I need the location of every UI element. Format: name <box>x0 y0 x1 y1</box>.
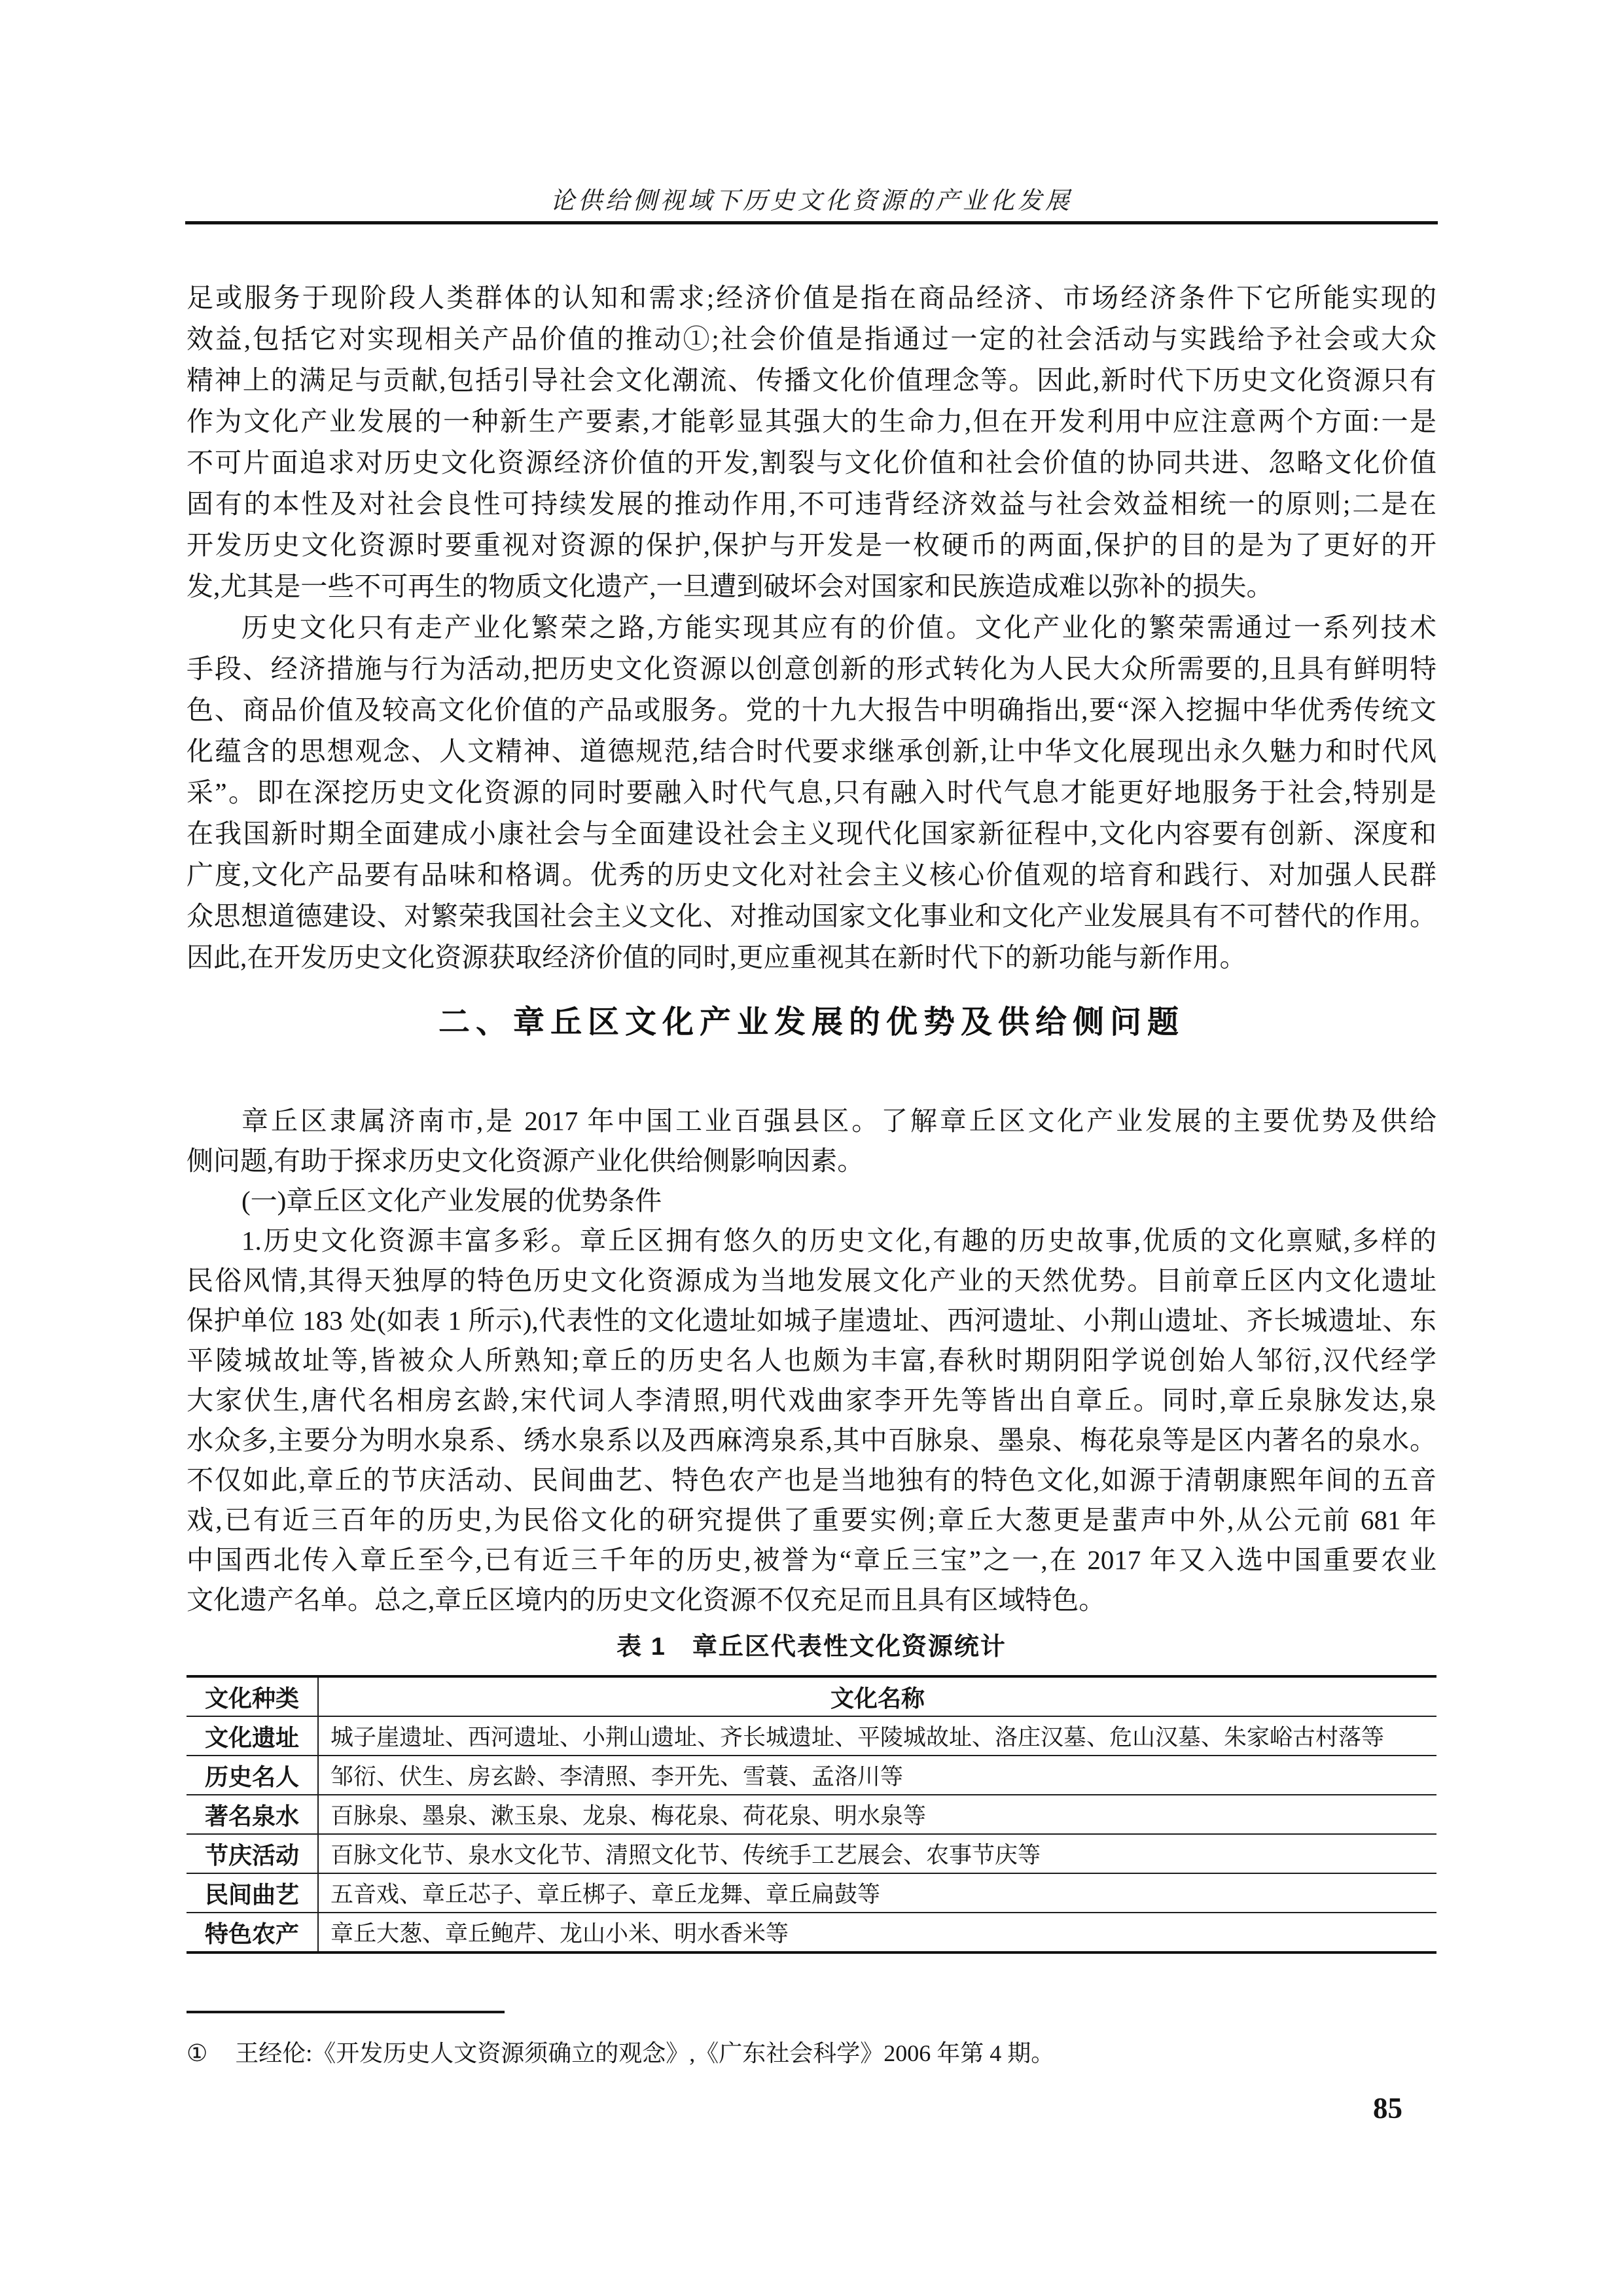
value-cell: 章丘大葱、章丘鲍芹、龙山小米、明水香米等 <box>318 1913 1436 1952</box>
section-heading: 二、章丘区文化产业发展的优势及供给侧问题 <box>187 995 1436 1050</box>
running-head-title: 论供给侧视域下历史文化资源的产业化发展 <box>0 181 1623 216</box>
footnote-separator <box>187 2011 505 2013</box>
category-cell: 著名泉水 <box>187 1795 318 1834</box>
text-line: 侧问题,有助于探求历史文化资源产业化供给侧影响因素。 <box>187 1141 1436 1181</box>
table-caption: 表 1 章丘区代表性文化资源统计 <box>0 1632 1623 1662</box>
value-cell: 城子崖遗址、西河遗址、小荆山遗址、齐长城遗址、平陵城故址、洛庄汉墓、危山汉墓、朱… <box>318 1716 1436 1756</box>
text-line: 精神上的满足与贡献,包括引导社会文化潮流、传播文化价值理念等。因此,新时代下历史… <box>187 360 1436 401</box>
text-line: 众思想道德建设、对繁荣我国社会主义文化、对推动国家文化事业和文化产业发展具有不可… <box>187 896 1436 937</box>
text-line: 平陵城故址等,皆被众人所熟知;章丘的历史名人也颇为丰富,春秋时期阴阳学说创始人邹… <box>187 1341 1436 1381</box>
header-cell-name: 文化名称 <box>318 1676 1436 1716</box>
resources-table: 文化种类 文化名称 文化遗址城子崖遗址、西河遗址、小荆山遗址、齐长城遗址、平陵城… <box>187 1675 1436 1954</box>
text-line: 手段、经济措施与行为活动,把历史文化资源以创意创新的形式转化为人民大众所需要的,… <box>187 648 1436 690</box>
category-cell: 节庆活动 <box>187 1834 318 1873</box>
text-line: 不仅如此,章丘的节庆活动、民间曲艺、特色农产也是当地独有的特色文化,如源于清朝康… <box>187 1460 1436 1500</box>
article-body: 足或服务于现阶段人类群体的认知和需求;经济价值是指在商品经济、市场经济条件下它所… <box>187 277 1436 1620</box>
text-line: 文化遗产名单。总之,章丘区境内的历史文化资源不仅充足而且具有区域特色。 <box>187 1580 1436 1620</box>
text-line: 戏,已有近三百年的历史,为民俗文化的研究提供了重要实例;章丘大葱更是蜚声中外,从… <box>187 1500 1436 1540</box>
text-line: 水众多,主要分为明水泉系、绣水泉系以及西麻湾泉系,其中百脉泉、墨泉、梅花泉等是区… <box>187 1421 1436 1460</box>
header-rule <box>185 221 1438 224</box>
table-row: 文化遗址城子崖遗址、西河遗址、小荆山遗址、齐长城遗址、平陵城故址、洛庄汉墓、危山… <box>187 1716 1436 1756</box>
text-line: 广度,文化产品要有品味和格调。优秀的历史文化对社会主义核心价值观的培育和践行、对… <box>187 855 1436 896</box>
table-header-row: 文化种类 文化名称 <box>187 1676 1436 1716</box>
footnote-text: 王经伦:《开发历史人文资源须确立的观念》,《广东社会科学》2006 年第 4 期… <box>235 2040 1054 2066</box>
text-line: 作为文化产业发展的一种新生产要素,才能彰显其强大的生命力,但在开发利用中应注意两… <box>187 401 1436 442</box>
category-cell: 民间曲艺 <box>187 1873 318 1913</box>
category-cell: 文化遗址 <box>187 1716 318 1756</box>
table-row: 历史名人邹衍、伏生、房玄龄、李清照、李开先、雪蓑、孟洛川等 <box>187 1756 1436 1795</box>
table-row: 特色农产章丘大葱、章丘鲍芹、龙山小米、明水香米等 <box>187 1913 1436 1952</box>
text-line: 民俗风情,其得天独厚的特色历史文化资源成为当地发展文化产业的天然优势。目前章丘区… <box>187 1261 1436 1301</box>
table-head: 文化种类 文化名称 <box>187 1676 1436 1716</box>
table-row: 民间曲艺五音戏、章丘芯子、章丘梆子、章丘龙舞、章丘扁鼓等 <box>187 1873 1436 1913</box>
footnote-marker: ① <box>187 2040 207 2066</box>
value-cell: 百脉泉、墨泉、漱玉泉、龙泉、梅花泉、荷花泉、明水泉等 <box>318 1795 1436 1834</box>
text-line: 不可片面追求对历史文化资源经济价值的开发,割裂与文化价值和社会价值的协同共进、忽… <box>187 442 1436 484</box>
table-row: 节庆活动百脉文化节、泉水文化节、清照文化节、传统手工艺展会、农事节庆等 <box>187 1834 1436 1873</box>
page-number: 85 <box>1373 2093 1402 2124</box>
value-cell: 邹衍、伏生、房玄龄、李清照、李开先、雪蓑、孟洛川等 <box>318 1756 1436 1795</box>
text-line: 中国西北传入章丘至今,已有近三千年的历史,被誉为“章丘三宝”之一,在 2017 … <box>187 1540 1436 1580</box>
category-cell: 特色农产 <box>187 1913 318 1952</box>
text-line: 效益,包括它对实现相关产品价值的推动①;社会价值是指通过一定的社会活动与实践给予… <box>187 319 1436 360</box>
text-line: 1.历史文化资源丰富多彩。章丘区拥有悠久的历史文化,有趣的历史故事,优质的文化禀… <box>187 1221 1436 1261</box>
article-flow-upper: 足或服务于现阶段人类群体的认知和需求;经济价值是指在商品经济、市场经济条件下它所… <box>187 277 1436 978</box>
footnote: ①王经伦:《开发历史人文资源须确立的观念》,《广东社会科学》2006 年第 4 … <box>187 2036 1436 2070</box>
text-line: 色、商品价值及较高文化价值的产品或服务。党的十九大报告中明确指出,要“深入挖掘中… <box>187 690 1436 731</box>
paper-page: 论供给侧视域下历史文化资源的产业化发展 足或服务于现阶段人类群体的认知和需求;经… <box>0 0 1623 2296</box>
value-cell: 百脉文化节、泉水文化节、清照文化节、传统手工艺展会、农事节庆等 <box>318 1834 1436 1873</box>
text-line: 发,尤其是一些不可再生的物质文化遗产,一旦遭到破坏会对国家和民族造成难以弥补的损… <box>187 566 1436 607</box>
text-line: 采”。即在深挖历史文化资源的同时要融入时代气息,只有融入时代气息才能更好地服务于… <box>187 772 1436 813</box>
text-line: 足或服务于现阶段人类群体的认知和需求;经济价值是指在商品经济、市场经济条件下它所… <box>187 277 1436 319</box>
table-body: 文化遗址城子崖遗址、西河遗址、小荆山遗址、齐长城遗址、平陵城故址、洛庄汉墓、危山… <box>187 1716 1436 1952</box>
text-line: 因此,在开发历史文化资源获取经济价值的同时,更应重视其在新时代下的新功能与新作用… <box>187 937 1436 978</box>
article-flow-lower: 章丘区隶属济南市,是 2017 年中国工业百强县区。了解章丘区文化产业发展的主要… <box>187 1101 1436 1620</box>
header-cell-category: 文化种类 <box>187 1676 318 1716</box>
text-line: 历史文化只有走产业化繁荣之路,方能实现其应有的价值。文化产业化的繁荣需通过一系列… <box>187 607 1436 648</box>
text-line: 章丘区隶属济南市,是 2017 年中国工业百强县区。了解章丘区文化产业发展的主要… <box>187 1101 1436 1141</box>
text-line: 开发历史文化资源时要重视对资源的保护,保护与开发是一枚硬币的两面,保护的目的是为… <box>187 525 1436 566</box>
text-line: 大家伏生,唐代名相房玄龄,宋代词人李清照,明代戏曲家李开先等皆出自章丘。同时,章… <box>187 1381 1436 1421</box>
value-cell: 五音戏、章丘芯子、章丘梆子、章丘龙舞、章丘扁鼓等 <box>318 1873 1436 1913</box>
text-line: 固有的本性及对社会良性可持续发展的推动作用,不可违背经济效益与社会效益相统一的原… <box>187 484 1436 525</box>
category-cell: 历史名人 <box>187 1756 318 1795</box>
text-line: (一)章丘区文化产业发展的优势条件 <box>187 1181 1436 1221</box>
text-line: 化蕴含的思想观念、人文精神、道德规范,结合时代要求继承创新,让中华文化展现出永久… <box>187 731 1436 772</box>
text-line: 在我国新时期全面建成小康社会与全面建设社会主义现代化国家新征程中,文化内容要有创… <box>187 813 1436 855</box>
table-row: 著名泉水百脉泉、墨泉、漱玉泉、龙泉、梅花泉、荷花泉、明水泉等 <box>187 1795 1436 1834</box>
text-line: 保护单位 183 处(如表 1 所示),代表性的文化遗址如城子崖遗址、西河遗址、… <box>187 1301 1436 1341</box>
